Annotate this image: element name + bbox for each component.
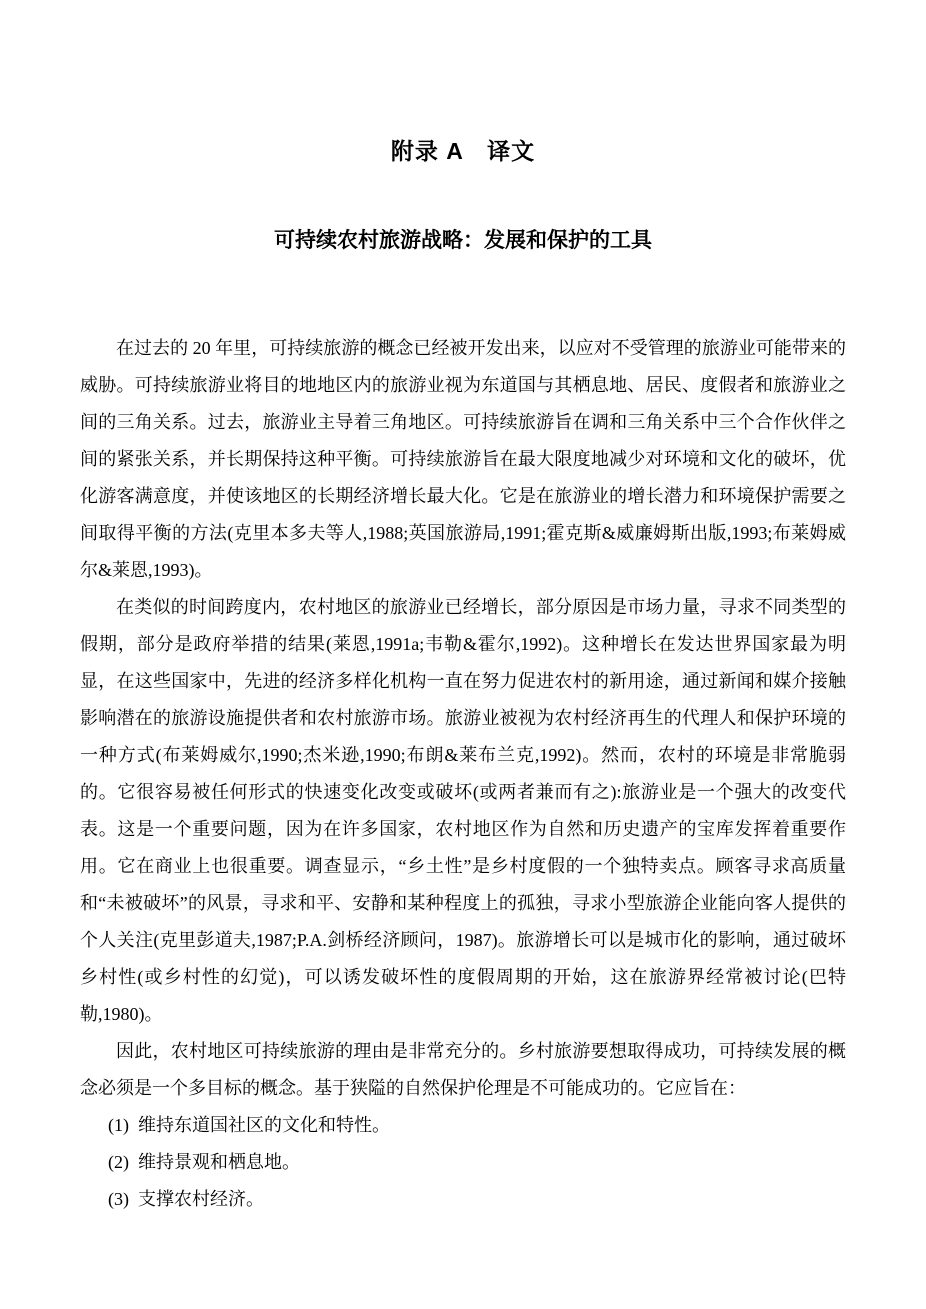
list-item: (1)维持东道国社区的文化和特性。	[80, 1107, 846, 1144]
list-item-marker: (2)	[108, 1152, 129, 1172]
goal-list: (1)维持东道国社区的文化和特性。 (2)维持景观和栖息地。 (3)支撑农村经济…	[80, 1107, 846, 1218]
list-item-text: 支撑农村经济。	[138, 1189, 264, 1209]
paragraph-intro: 在过去的 20 年里，可持续旅游的概念已经被开发出来，以应对不受管理的旅游业可能…	[80, 330, 846, 589]
document-body: 在过去的 20 年里，可持续旅游的概念已经被开发出来，以应对不受管理的旅游业可能…	[80, 330, 846, 1218]
list-item: (3)支撑农村经济。	[80, 1181, 846, 1218]
list-item-text: 维持东道国社区的文化和特性。	[138, 1115, 390, 1135]
list-item-marker: (1)	[108, 1115, 129, 1135]
appendix-title: 附录 A 译文	[80, 138, 846, 164]
document-page: 附录 A 译文 可持续农村旅游战略：发展和保护的工具 在过去的 20 年里，可持…	[0, 0, 926, 1309]
paragraph-sustainable-case: 因此，农村地区可持续旅游的理由是非常充分的。乡村旅游要想取得成功，可持续发展的概…	[80, 1033, 846, 1107]
list-item-marker: (3)	[108, 1189, 129, 1209]
paragraph-rural-tourism-growth: 在类似的时间跨度内，农村地区的旅游业已经增长，部分原因是市场力量，寻求不同类型的…	[80, 589, 846, 1033]
list-item-text: 维持景观和栖息地。	[138, 1152, 300, 1172]
article-title: 可持续农村旅游战略：发展和保护的工具	[80, 228, 846, 254]
list-item: (2)维持景观和栖息地。	[80, 1144, 846, 1181]
